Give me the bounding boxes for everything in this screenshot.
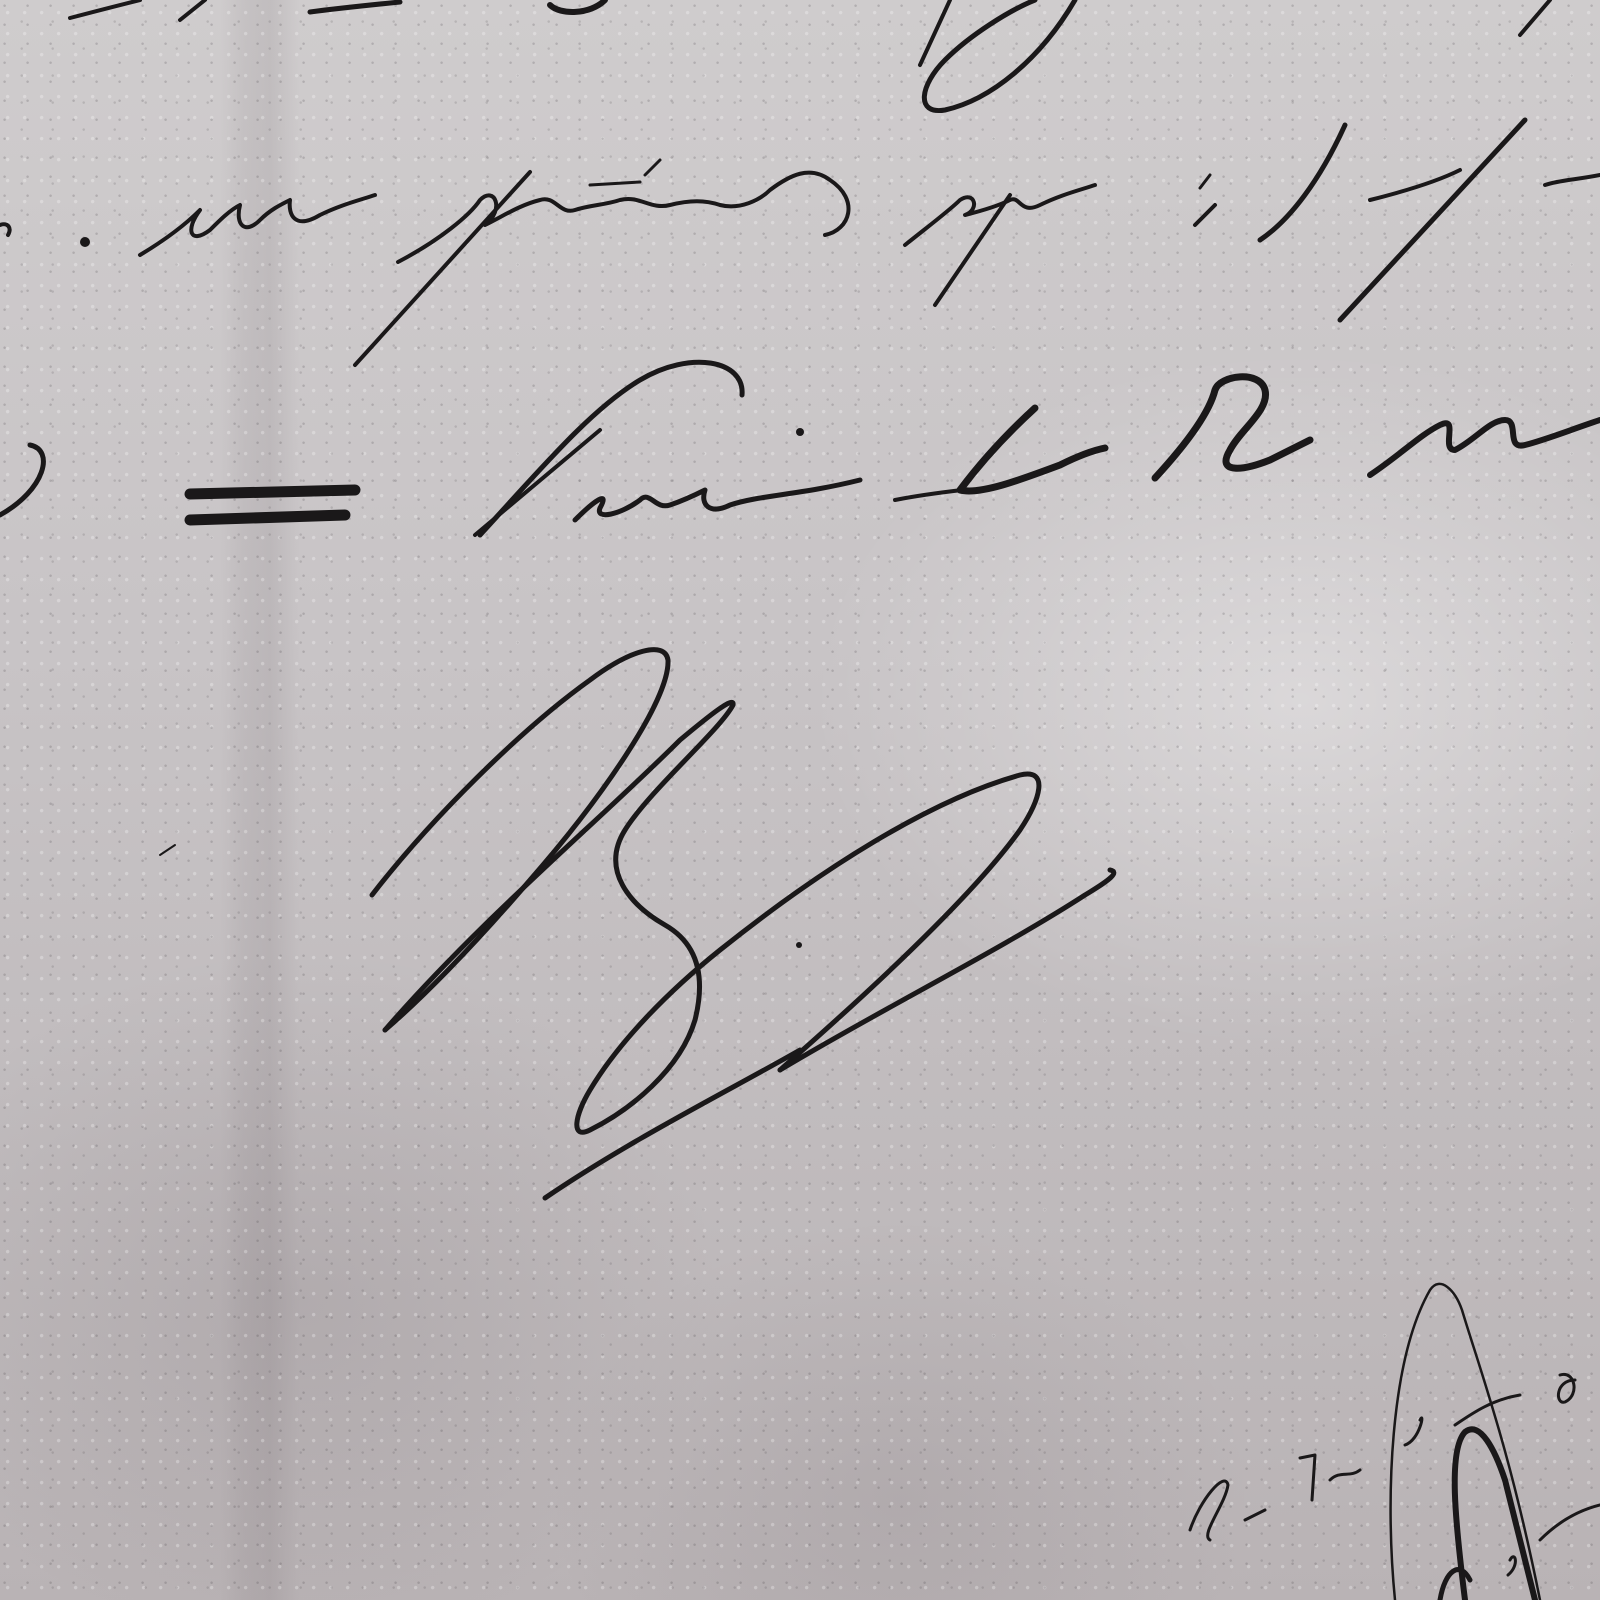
- signature-ink: [160, 650, 1114, 1198]
- annotation-ink: [1190, 1284, 1600, 1600]
- document-page: …y… …e. on prétend qu'il p… …) = Paris l…: [0, 0, 1600, 1600]
- top-fragment-ink: [70, 0, 1550, 111]
- line-2-ink: [0, 362, 1600, 535]
- handwriting-layer: [0, 0, 1600, 1600]
- line-1-ink: [0, 120, 1600, 365]
